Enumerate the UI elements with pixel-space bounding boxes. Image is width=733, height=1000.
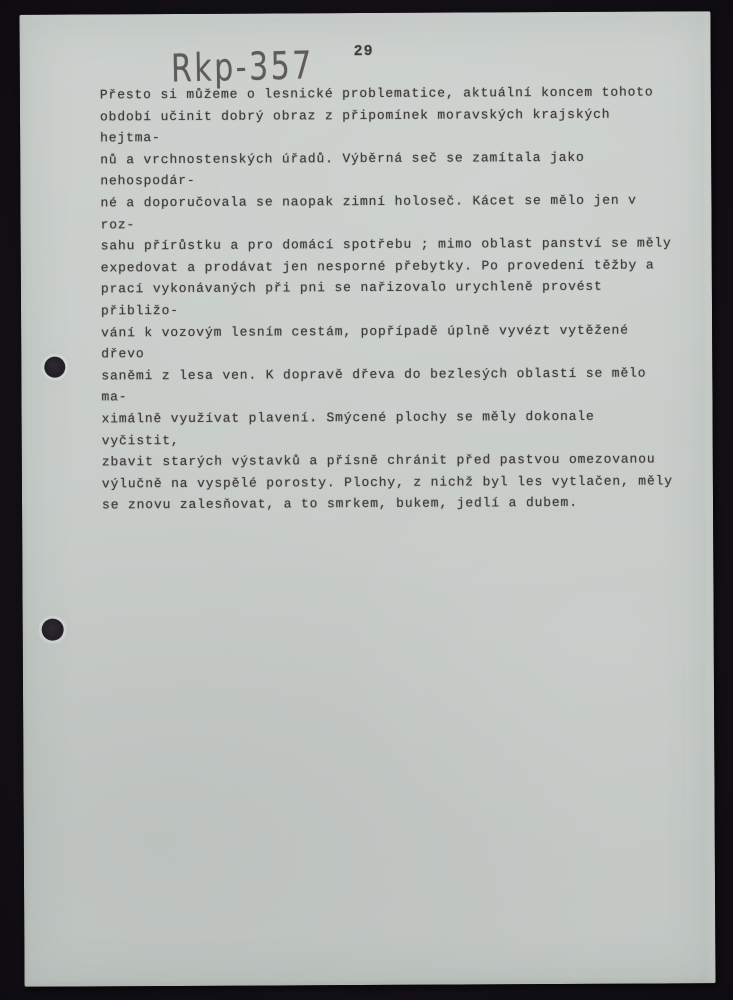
hole-punch-top: [44, 357, 65, 378]
document-page: Rkp-357 29 Přesto si můžeme o lesnické p…: [19, 11, 715, 987]
hole-punch-bottom: [42, 619, 64, 641]
page-number: 29: [354, 43, 374, 60]
typewritten-text: Přesto si můžeme o lesnické problematice…: [100, 81, 674, 516]
